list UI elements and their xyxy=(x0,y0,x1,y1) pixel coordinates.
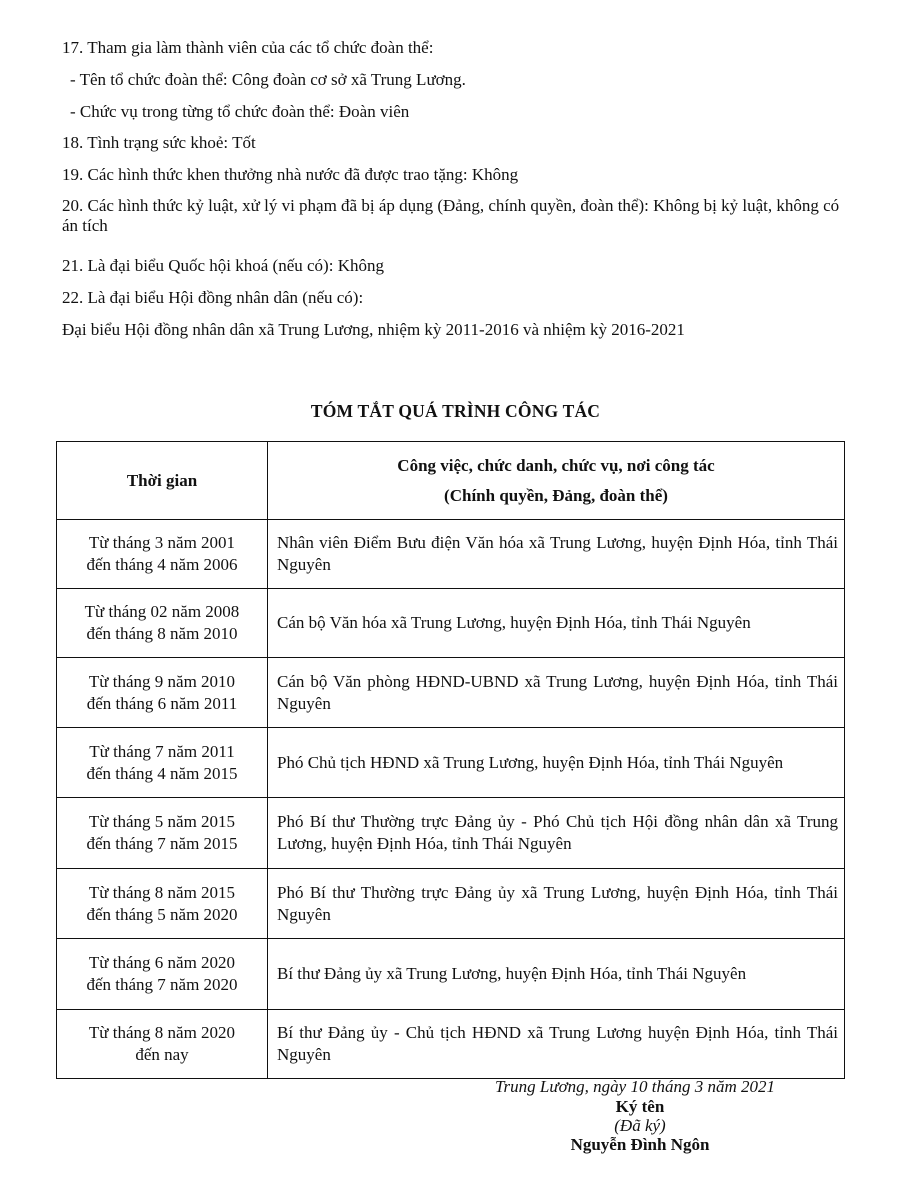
item-20-discipline: 20. Các hình thức kỷ luật, xử lý vi phạm… xyxy=(62,196,848,236)
time-cell: Từ tháng 6 năm 2020đến tháng 7 năm 2020 xyxy=(57,939,268,1010)
item-18-health: 18. Tình trạng sức khoẻ: Tốt xyxy=(62,133,256,153)
time-from: Từ tháng 3 năm 2001 xyxy=(57,532,267,554)
header-work-line1: Công việc, chức danh, chức vụ, nơi công … xyxy=(268,451,844,481)
signature-place-date: Trung Lương, ngày 10 tháng 3 năm 2021 xyxy=(455,1077,815,1096)
time-cell: Từ tháng 7 năm 2011đến tháng 4 năm 2015 xyxy=(57,728,268,798)
time-cell: Từ tháng 8 năm 2020đến nay xyxy=(57,1010,268,1079)
work-cell: Bí thư Đảng ủy xã Trung Lương, huyện Địn… xyxy=(268,939,845,1010)
item-22-peoples-council: 22. Là đại biểu Hội đồng nhân dân (nếu c… xyxy=(62,288,363,308)
table-row: Từ tháng 8 năm 2020đến nayBí thư Đảng ủy… xyxy=(57,1010,845,1079)
table-row: Từ tháng 8 năm 2015đến tháng 5 năm 2020P… xyxy=(57,869,845,939)
time-to: đến tháng 5 năm 2020 xyxy=(57,904,267,926)
work-cell: Bí thư Đảng ủy - Chủ tịch HĐND xã Trung … xyxy=(268,1010,845,1079)
work-cell: Cán bộ Văn hóa xã Trung Lương, huyện Địn… xyxy=(268,589,845,658)
work-cell: Phó Chủ tịch HĐND xã Trung Lương, huyện … xyxy=(268,728,845,798)
time-from: Từ tháng 8 năm 2015 xyxy=(57,882,267,904)
time-to: đến tháng 6 năm 2011 xyxy=(57,693,267,715)
time-to: đến nay xyxy=(57,1044,267,1066)
table-row: Từ tháng 9 năm 2010đến tháng 6 năm 2011C… xyxy=(57,658,845,728)
header-work: Công việc, chức danh, chức vụ, nơi công … xyxy=(268,442,845,520)
work-cell: Cán bộ Văn phòng HĐND-UBND xã Trung Lươn… xyxy=(268,658,845,728)
time-cell: Từ tháng 02 năm 2008đến tháng 8 năm 2010 xyxy=(57,589,268,658)
time-to: đến tháng 7 năm 2015 xyxy=(57,833,267,855)
time-from: Từ tháng 8 năm 2020 xyxy=(57,1022,267,1044)
table-row: Từ tháng 7 năm 2011đến tháng 4 năm 2015P… xyxy=(57,728,845,798)
signer-name: Nguyễn Đình Ngôn xyxy=(440,1135,840,1154)
item-21-national-assembly: 21. Là đại biểu Quốc hội khoá (nếu có): … xyxy=(62,256,384,276)
header-work-line2: (Chính quyền, Đảng, đoàn thể) xyxy=(268,481,844,511)
time-cell: Từ tháng 9 năm 2010đến tháng 6 năm 2011 xyxy=(57,658,268,728)
table-row: Từ tháng 3 năm 2001đến tháng 4 năm 2006N… xyxy=(57,520,845,589)
item-17-organization-name: - Tên tổ chức đoàn thể: Công đoàn cơ sở … xyxy=(70,70,466,90)
work-history-table: Thời gian Công việc, chức danh, chức vụ,… xyxy=(56,441,845,1079)
item-17-organization-role: - Chức vụ trong từng tổ chức đoàn thể: Đ… xyxy=(70,102,409,122)
time-from: Từ tháng 02 năm 2008 xyxy=(57,601,267,623)
section-title: TÓM TẮT QUÁ TRÌNH CÔNG TÁC xyxy=(0,401,911,422)
item-19-awards: 19. Các hình thức khen thưởng nhà nước đ… xyxy=(62,165,518,185)
time-from: Từ tháng 7 năm 2011 xyxy=(57,741,267,763)
time-to: đến tháng 4 năm 2006 xyxy=(57,554,267,576)
time-from: Từ tháng 9 năm 2010 xyxy=(57,671,267,693)
time-to: đến tháng 8 năm 2010 xyxy=(57,623,267,645)
time-cell: Từ tháng 3 năm 2001đến tháng 4 năm 2006 xyxy=(57,520,268,589)
time-from: Từ tháng 5 năm 2015 xyxy=(57,811,267,833)
time-to: đến tháng 4 năm 2015 xyxy=(57,763,267,785)
table-row: Từ tháng 02 năm 2008đến tháng 8 năm 2010… xyxy=(57,589,845,658)
signature-label: Ký tên xyxy=(440,1097,840,1116)
header-time: Thời gian xyxy=(57,442,268,520)
time-cell: Từ tháng 5 năm 2015đến tháng 7 năm 2015 xyxy=(57,798,268,869)
signature-note: (Đã ký) xyxy=(440,1116,840,1135)
work-cell: Phó Bí thư Thường trực Đảng ủy xã Trung … xyxy=(268,869,845,939)
table-row: Từ tháng 6 năm 2020đến tháng 7 năm 2020B… xyxy=(57,939,845,1010)
table-header-row: Thời gian Công việc, chức danh, chức vụ,… xyxy=(57,442,845,520)
item-22-detail: Đại biểu Hội đồng nhân dân xã Trung Lươn… xyxy=(62,320,685,340)
time-to: đến tháng 7 năm 2020 xyxy=(57,974,267,996)
time-from: Từ tháng 6 năm 2020 xyxy=(57,952,267,974)
time-cell: Từ tháng 8 năm 2015đến tháng 5 năm 2020 xyxy=(57,869,268,939)
table-row: Từ tháng 5 năm 2015đến tháng 7 năm 2015P… xyxy=(57,798,845,869)
work-cell: Phó Bí thư Thường trực Đảng ủy - Phó Chủ… xyxy=(268,798,845,869)
work-cell: Nhân viên Điểm Bưu điện Văn hóa xã Trung… xyxy=(268,520,845,589)
item-17: 17. Tham gia làm thành viên của các tổ c… xyxy=(62,38,433,58)
